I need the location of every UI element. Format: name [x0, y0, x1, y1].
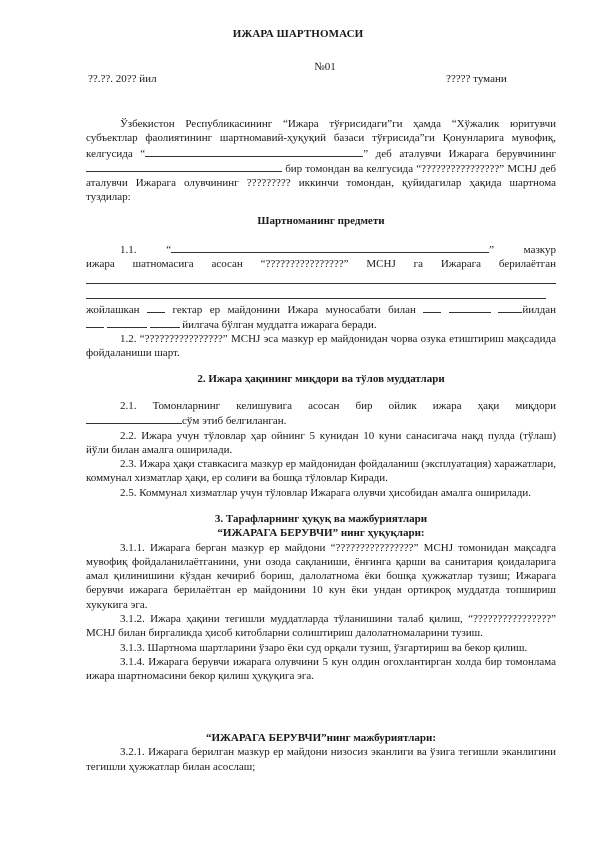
blank-field — [449, 302, 491, 313]
preamble: Ўзбекистон Республикасининг “Ижара тўғри… — [86, 117, 556, 205]
preamble-text-2: деб аталувчи Ижарага берувчининг — [376, 148, 556, 160]
p11-l6: йилгача бўлган муддатга ижарага беради. — [182, 319, 376, 331]
section-3-2: “ИЖАРАГА БЕРУВЧИ”нинг мажбуриятлари: 3.2… — [86, 731, 556, 774]
paragraph-3-1-4: 3.1.4. Ижарага берувчи ижарага олувчини … — [86, 655, 556, 684]
blank-field — [145, 146, 363, 157]
paragraph-3-1-1: 3.1.1. Ижарага берган мазкур ер майдони … — [86, 541, 556, 612]
blank-field — [150, 317, 180, 328]
p11-l5c: йилдан — [522, 304, 556, 316]
blank-field — [147, 302, 165, 313]
contract-district: ????? тумани — [446, 73, 507, 85]
document-page: ИЖАРА ШАРТНОМАСИ №01 ??.??. 20?? йил ???… — [0, 0, 596, 842]
p11-mid: ” мазкур — [489, 244, 556, 256]
preamble-text-2-end: бир томондан — [285, 163, 350, 175]
blank-field — [423, 302, 441, 313]
blank-field — [86, 317, 104, 328]
blank-line — [86, 272, 556, 284]
paragraph-3-1-2: 3.1.2. Ижара ҳақини тегишли муддатларда … — [86, 612, 556, 641]
section-3-heading: 3. Тарафларнинг ҳуқуқ ва мажбуриятлари — [86, 512, 556, 526]
p11-l5b: гектар ер майдонини Ижара муносабати бил… — [173, 304, 416, 316]
paragraph-1-1-line2: ижара шатномасига асосан “??????????????… — [86, 257, 556, 271]
quote-close: ” — [363, 148, 368, 160]
paragraph-2-2: 2.2. Ижара учун тўловлар ҳар ойнинг 5 ку… — [86, 429, 556, 458]
contract-number: №01 — [0, 61, 596, 73]
section-2-heading: 2. Ижара ҳақининг миқдори ва тўлов мудда… — [86, 372, 556, 386]
preamble-paragraph: Ўзбекистон Республикасининг “Ижара тўғри… — [86, 117, 556, 205]
section-1-body: 1.1. “” мазкур ижара шатномасига асосан … — [86, 242, 556, 361]
section-2-body: 2.1. Томонларнинг келишувига асосан бир … — [86, 399, 556, 500]
blank-field — [498, 302, 522, 313]
paragraph-1-1-line1: 1.1. “” мазкур — [86, 242, 556, 257]
paragraph-2-5: 2.5. Коммунал хизматлар учун тўловлар Иж… — [86, 486, 556, 500]
p11-start: 1.1. “ — [120, 244, 171, 256]
paragraph-1-1-line5: жойлашкан гектар ер майдонини Ижара муно… — [86, 302, 556, 317]
paragraph-3-2-1: 3.2.1. Ижарага берилган мазкур ер майдон… — [86, 745, 556, 774]
section-2: 2. Ижара ҳақининг миқдори ва тўлов мудда… — [86, 372, 556, 386]
duties-subheading: “ИЖАРАГА БЕРУВЧИ”нинг мажбуриятлари: — [86, 731, 556, 745]
p21-end: сўм этиб белгиланган. — [182, 415, 286, 427]
rights-subheading: “ИЖАРАГА БЕРУВЧИ” нинг ҳуқуқлари: — [86, 526, 556, 540]
paragraph-2-1: 2.1. Томонларнинг келишувига асосан бир … — [86, 399, 556, 413]
paragraph-2-1-end: сўм этиб белгиланган. — [86, 413, 556, 428]
paragraph-1-1-line6: йилгача бўлган муддатга ижарага беради. — [86, 317, 556, 332]
contract-date: ??.??. 20?? йил — [88, 73, 157, 85]
blank-field — [107, 317, 147, 328]
blank-field — [86, 161, 282, 172]
section-1-heading: Шартноманинг предмети — [86, 214, 556, 228]
paragraph-1-2: 1.2. “????????????????” MCHJ эса мазкур … — [86, 332, 556, 361]
blank-field — [171, 242, 489, 253]
document-title: ИЖАРА ШАРТНОМАСИ — [0, 28, 596, 40]
paragraph-2-3: 2.3. Ижара ҳақи ставкасига мазкур ер май… — [86, 457, 556, 486]
section-1: Шартноманинг предмети — [86, 214, 556, 228]
blank-line — [86, 287, 546, 299]
paragraph-3-1-3: 3.1.3. Шартнома шартларини ўзаро ёки суд… — [86, 641, 556, 655]
blank-field — [86, 413, 182, 424]
section-3: 3. Тарафларнинг ҳуқуқ ва мажбуриятлари “… — [86, 512, 556, 684]
p11-l5a: жойлашкан — [86, 304, 140, 316]
